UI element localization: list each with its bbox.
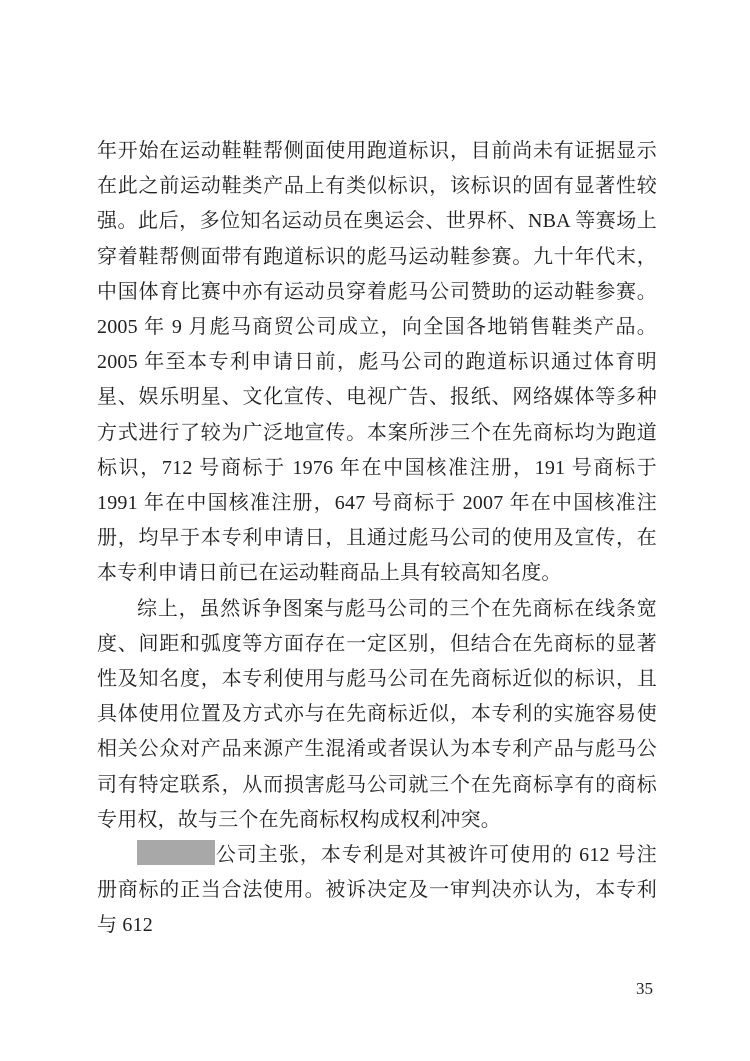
paragraph-continuation: 年开始在运动鞋鞋帮侧面使用跑道标识，目前尚未有证据显示在此之前运动鞋类产品上有类… bbox=[97, 134, 657, 592]
paragraph-text: 综上，虽然诉争图案与彪马公司的三个在先商标在线条宽度、间距和弧度等方面存在一定区… bbox=[97, 598, 657, 831]
paragraph-summary: 综上，虽然诉争图案与彪马公司的三个在先商标在线条宽度、间距和弧度等方面存在一定区… bbox=[97, 592, 657, 838]
paragraph-text: 年开始在运动鞋鞋帮侧面使用跑道标识，目前尚未有证据显示在此之前运动鞋类产品上有类… bbox=[97, 140, 657, 584]
redaction-block bbox=[137, 840, 215, 865]
document-page: 年开始在运动鞋鞋帮侧面使用跑道标识，目前尚未有证据显示在此之前运动鞋类产品上有类… bbox=[0, 0, 750, 1061]
text-block: 年开始在运动鞋鞋帮侧面使用跑道标识，目前尚未有证据显示在此之前运动鞋类产品上有类… bbox=[97, 134, 657, 944]
paragraph-claim: 公司主张，本专利是对其被许可使用的 612 号注册商标的正当合法使用。被诉决定及… bbox=[97, 838, 657, 944]
page-number: 35 bbox=[636, 979, 653, 999]
